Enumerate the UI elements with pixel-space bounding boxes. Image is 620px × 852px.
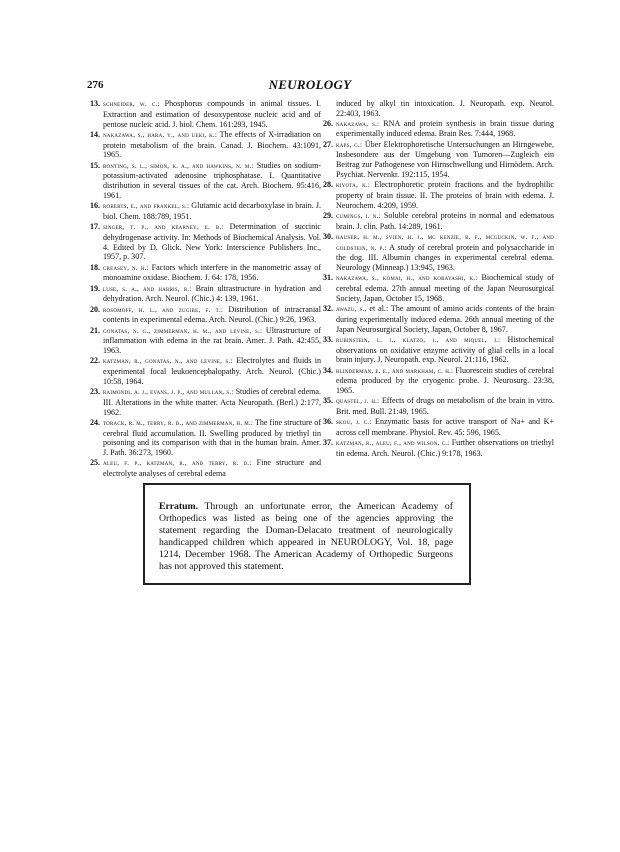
- reference-number: 21.: [87, 326, 100, 336]
- reference-item: 36.skou, j. c.: Enzymatic basis for acti…: [320, 417, 554, 438]
- reference-number: 36.: [320, 417, 333, 427]
- reference-authors: rubinstein, l. j., klatzo, i., and mique…: [336, 336, 500, 344]
- reference-number: 15.: [87, 161, 100, 171]
- reference-item: 16.roberts, e., and frankel, s.: Glutami…: [87, 201, 321, 222]
- reference-item: 29.cumings, j. n.: Soluble cerebral prot…: [320, 211, 554, 232]
- reference-number: 31.: [320, 273, 333, 283]
- reference-item: 28.kiyota, k.: Electrophoretic protein f…: [320, 180, 554, 210]
- reference-authors: quastel, j. h.:: [336, 397, 379, 405]
- reference-text: Über Elektrophoretische Untersuchungen a…: [336, 140, 554, 179]
- references-left-column: 13.schneider, w. c.: Phosphorus compound…: [87, 99, 321, 479]
- reference-authors: schneider, w. c.:: [103, 100, 160, 108]
- reference-authors: kiyota, k.:: [336, 181, 370, 189]
- reference-number: 37.: [320, 438, 333, 448]
- reference-authors: skou, j. c.:: [336, 418, 371, 426]
- reference-authors: katzman, r., aleu, f., and wilson, c.:: [336, 439, 449, 447]
- reference-item: 18.creasey, n. h.: Factors which interfe…: [87, 263, 321, 284]
- reference-number: 18.: [87, 263, 100, 273]
- reference-item: 26.nakazawa, s.: RNA and protein synthes…: [320, 119, 554, 140]
- reference-number: 23.: [87, 387, 100, 397]
- reference-item: 22.katzman, r., gonatas, n., and levine,…: [87, 356, 321, 386]
- reference-number: 17.: [87, 222, 100, 232]
- reference-number: 26.: [320, 119, 333, 129]
- reference-number: 29.: [320, 211, 333, 221]
- reference-number: 28.: [320, 180, 333, 190]
- reference-item: 37.katzman, r., aleu, f., and wilson, c.…: [320, 438, 554, 459]
- reference-authors: singer, t. p., and kearney, e. b.:: [103, 223, 224, 231]
- reference-number: 16.: [87, 201, 100, 211]
- erratum-box: Erratum. Through an unfortunate error, t…: [143, 483, 471, 585]
- reference-item: 32.awazu, s., et al.: The amount of amin…: [320, 304, 554, 334]
- reference-number: 25.: [87, 458, 100, 468]
- reference-item: 21.gonatas, n. g., zimmerman, h. m., and…: [87, 326, 321, 356]
- journal-running-head: NEUROLOGY: [0, 77, 620, 93]
- reference-item: 13.schneider, w. c.: Phosphorus compound…: [87, 99, 321, 129]
- reference-authors: nakazawa, s.:: [336, 120, 379, 128]
- reference-item: 35.quastel, j. h.: Effects of drugs on m…: [320, 396, 554, 417]
- reference-text: et al.: The amount of amino acids conten…: [336, 304, 554, 334]
- reference-item: 34.blinderman, e. e., and markham, c. h.…: [320, 366, 554, 396]
- reference-item: 30.hauser, h. m., svien, h. j., mc kenzi…: [320, 232, 554, 273]
- reference-authors: torack, r. m., terry, r. d., and zimmerm…: [103, 419, 253, 427]
- reference-number: 19.: [87, 284, 100, 294]
- reference-authors: rosomoff, h. l., and zugibe, f. t.:: [103, 306, 223, 314]
- reference-item: 15.bonting, s. l., simon, k. a., and haw…: [87, 161, 321, 201]
- reference-continuation: induced by alkyl tin intoxication. J. Ne…: [320, 99, 554, 119]
- reference-number: 33.: [320, 335, 333, 345]
- reference-authors: cumings, j. n.:: [336, 212, 381, 220]
- reference-authors: creasey, n. h.:: [103, 264, 149, 272]
- reference-authors: kaps, g.:: [336, 141, 362, 149]
- reference-number: 14.: [87, 130, 100, 140]
- reference-item: 24.torack, r. m., terry, r. d., and zimm…: [87, 418, 321, 458]
- reference-authors: gonatas, n. g., zimmerman, h. m., and le…: [103, 327, 262, 335]
- reference-number: 35.: [320, 396, 333, 406]
- reference-item: 25.aleu, f. p., katzman, r., and terry, …: [87, 458, 321, 479]
- reference-authors: aleu, f. p., katzman, r., and terry, r. …: [103, 459, 252, 467]
- reference-authors: katzman, r., gonatas, n., and levine, s.…: [103, 357, 233, 365]
- reference-item: 27.kaps, g.: Über Elektrophoretische Unt…: [320, 140, 554, 180]
- reference-item: 19.luse, s. a., and harris, b.: Brain ul…: [87, 284, 321, 305]
- reference-authors: raimondi, a. j., evans, j. p., and mulla…: [103, 388, 234, 396]
- reference-item: 20.rosomoff, h. l., and zugibe, f. t.: D…: [87, 305, 321, 326]
- reference-item: 23.raimondi, a. j., evans, j. p., and mu…: [87, 387, 321, 417]
- erratum-text: Through an unfortunate error, the Americ…: [159, 501, 453, 572]
- references-right-column: induced by alkyl tin intoxication. J. Ne…: [320, 99, 554, 459]
- reference-number: 32.: [320, 304, 333, 314]
- reference-authors: blinderman, e. e., and markham, c. h.:: [336, 367, 453, 375]
- reference-authors: roberts, e., and frankel, s.:: [103, 202, 189, 210]
- reference-authors: luse, s. a., and harris, b.:: [103, 285, 192, 293]
- reference-authors: nakazawa, s., hara, y., and ueki, k.:: [103, 131, 217, 139]
- reference-number: 22.: [87, 356, 100, 366]
- reference-number: 27.: [320, 140, 333, 150]
- reference-item: 31.nakazawa, s., komai, h., and kobayash…: [320, 273, 554, 303]
- reference-authors: awazu, s.,: [336, 305, 367, 313]
- reference-authors: nakazawa, s., komai, h., and kobayashi, …: [336, 274, 478, 282]
- reference-item: 33.rubinstein, l. j., klatzo, i., and mi…: [320, 335, 554, 365]
- reference-number: 30.: [320, 232, 333, 242]
- reference-item: 14.nakazawa, s., hara, y., and ueki, k.:…: [87, 130, 321, 160]
- erratum-heading: Erratum.: [159, 501, 198, 512]
- reference-number: 20.: [87, 305, 100, 315]
- reference-number: 34.: [320, 366, 333, 376]
- reference-item: 17.singer, t. p., and kearney, e. b.: De…: [87, 222, 321, 262]
- reference-number: 13.: [87, 99, 100, 109]
- reference-authors: bonting, s. l., simon, k. a., and hawkin…: [103, 162, 254, 170]
- reference-number: 24.: [87, 418, 100, 428]
